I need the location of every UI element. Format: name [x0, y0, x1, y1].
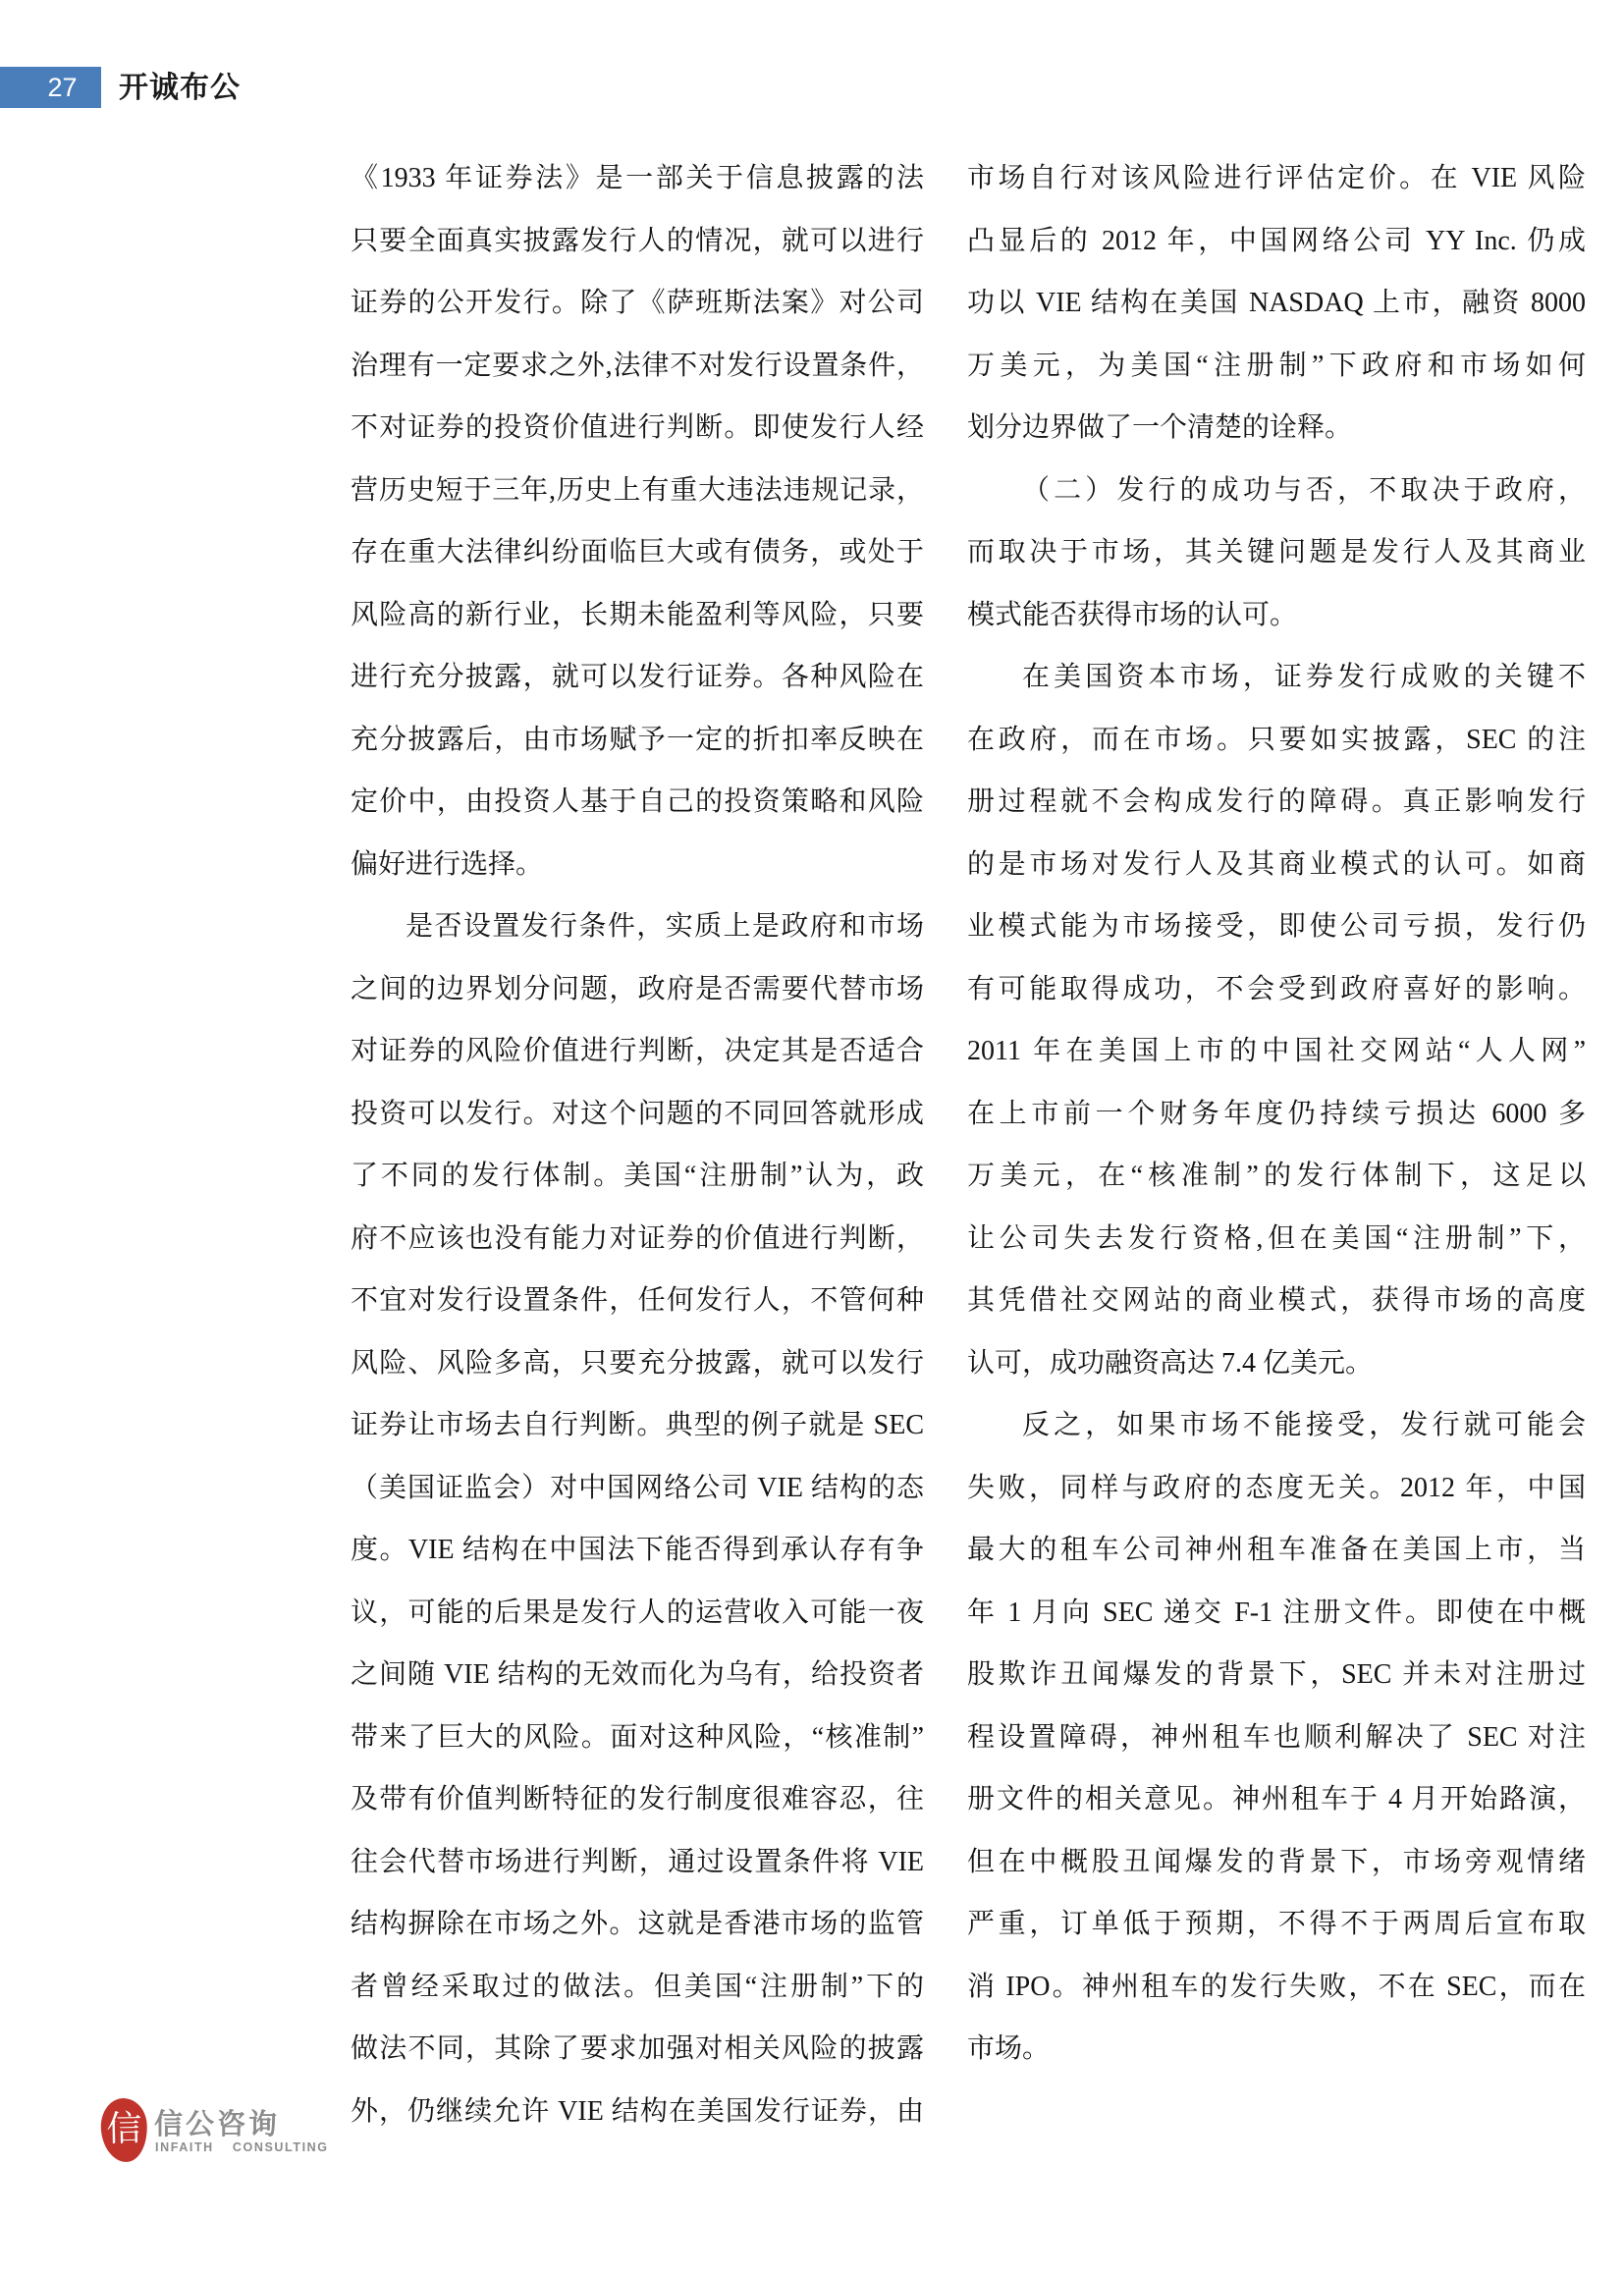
text-line: 年 1 月向 SEC 递交 F-1 注册文件。即使在中概 — [967, 1582, 1586, 1645]
text-line: 了不同的发行体制。美国“注册制”认为，政 — [351, 1145, 924, 1208]
text-line: 划分边界做了一个清楚的诠释。 — [967, 397, 1586, 460]
text-line: 结构摒除在市场之外。这就是香港市场的监管 — [351, 1893, 924, 1956]
text-line: 认可，成功融资高达 7.4 亿美元。 — [967, 1332, 1586, 1395]
text-line: 程设置障碍，神州租车也顺利解决了 SEC 对注 — [967, 1706, 1586, 1769]
text-line: 让公司失去发行资格,但在美国“注册制”下， — [967, 1208, 1586, 1271]
left-text-column: 《1933 年证券法》是一部关于信息披露的法律，只要全面真实披露发行人的情况，就… — [351, 147, 924, 2142]
text-line: 模式能否获得市场的认可。 — [967, 584, 1586, 647]
text-line: 册过程就不会构成发行的障碍。真正影响发行 — [967, 771, 1586, 834]
text-line: 府不应该也没有能力对证券的价值进行判断， — [351, 1208, 924, 1271]
text-line: 只要全面真实披露发行人的情况，就可以进行 — [351, 210, 924, 273]
text-line: 其凭借社交网站的商业模式，获得市场的高度 — [967, 1270, 1586, 1332]
text-line: 及带有价值判断特征的发行制度很难容忍，往 — [351, 1768, 924, 1831]
text-line: 的是市场对发行人及其商业模式的认可。如商 — [967, 834, 1586, 896]
text-line: 但在中概股丑闻爆发的背景下，市场旁观情绪 — [967, 1831, 1586, 1894]
text-line: 定价中，由投资人基于自己的投资策略和风险 — [351, 771, 924, 834]
text-line: （美国证监会）对中国网络公司 VIE 结构的态 — [351, 1457, 924, 1520]
text-line: 在上市前一个财务年度仍持续亏损达 6000 多 — [967, 1083, 1586, 1146]
infaith-seal-logo-icon: 信 — [99, 2096, 149, 2163]
page-number: 27 — [0, 67, 101, 108]
text-line: 失败，同样与政府的态度无关。2012 年，中国 — [967, 1457, 1586, 1520]
text-line: 市场自行对该风险进行评估定价。在 VIE 风险 — [967, 147, 1586, 210]
page-number-box: 27 — [0, 67, 101, 108]
text-line: 存在重大法律纠纷面临巨大或有债务，或处于 — [351, 521, 924, 584]
text-line: 外，仍继续允许 VIE 结构在美国发行证券，由 — [351, 2081, 924, 2143]
text-line: 2011 年在美国上市的中国社交网站“人人网” — [967, 1020, 1586, 1083]
text-line: 带来了巨大的风险。面对这种风险，“核准制” — [351, 1706, 924, 1769]
text-line: 凸显后的 2012 年，中国网络公司 YY Inc. 仍成 — [967, 210, 1586, 273]
text-line: 进行充分披露，就可以发行证券。各种风险在 — [351, 646, 924, 709]
text-line: 投资可以发行。对这个问题的不同回答就形成 — [351, 1083, 924, 1146]
text-line: 股欺诈丑闻爆发的背景下，SEC 并未对注册过 — [967, 1644, 1586, 1706]
right-text-column: 市场自行对该风险进行评估定价。在 VIE 风险凸显后的 2012 年，中国网络公… — [967, 147, 1586, 2081]
text-line: 功以 VIE 结构在美国 NASDAQ 上市，融资 8000 — [967, 272, 1586, 335]
text-line: 万美元，在“核准制”的发行体制下，这足以 — [967, 1145, 1586, 1208]
text-line: 万美元，为美国“注册制”下政府和市场如何 — [967, 335, 1586, 398]
text-line: 之间随 VIE 结构的无效而化为乌有，给投资者 — [351, 1644, 924, 1706]
text-line: （二）发行的成功与否，不取决于政府， — [967, 460, 1586, 522]
text-line: 风险、风险多高，只要充分披露，就可以发行 — [351, 1332, 924, 1395]
text-line: 证券让市场去自行判断。典型的例子就是 SEC — [351, 1394, 924, 1457]
text-line: 最大的租车公司神州租车准备在美国上市，当 — [967, 1519, 1586, 1582]
text-line: 之间的边界划分问题，政府是否需要代替市场 — [351, 958, 924, 1021]
text-line: 消 IPO。神州租车的发行失败，不在 SEC，而在 — [967, 1956, 1586, 2019]
text-line: 议，可能的后果是发行人的运营收入可能一夜 — [351, 1582, 924, 1645]
text-line: 而取决于市场，其关键问题是发行人及其商业 — [967, 521, 1586, 584]
text-line: 证券的公开发行。除了《萨班斯法案》对公司 — [351, 272, 924, 335]
text-line: 偏好进行选择。 — [351, 834, 924, 896]
text-line: 营历史短于三年,历史上有重大违法违规记录， — [351, 460, 924, 522]
section-title: 开诚布公 — [119, 67, 241, 108]
text-line: 册文件的相关意见。神州租车于 4 月开始路演， — [967, 1768, 1586, 1831]
document-page: 27 开诚布公 《1933 年证券法》是一部关于信息披露的法律，只要全面真实披露… — [0, 0, 1624, 2274]
seal-character: 信 — [100, 2098, 147, 2163]
text-line: 《1933 年证券法》是一部关于信息披露的法律， — [351, 147, 924, 210]
text-line: 在美国资本市场，证券发行成败的关键不 — [967, 646, 1586, 709]
text-line: 往会代替市场进行判断，通过设置条件将 VIE — [351, 1831, 924, 1894]
text-line: 在政府，而在市场。只要如实披露，SEC 的注 — [967, 709, 1586, 772]
text-line: 风险高的新行业，长期未能盈利等风险，只要 — [351, 584, 924, 647]
text-line: 者曾经采取过的做法。但美国“注册制”下的 — [351, 1956, 924, 2019]
text-line: 治理有一定要求之外,法律不对发行设置条件， — [351, 335, 924, 398]
text-line: 业模式能为市场接受，即使公司亏损，发行仍 — [967, 895, 1586, 958]
text-line: 不对证券的投资价值进行判断。即使发行人经 — [351, 397, 924, 460]
text-line: 市场。 — [967, 2018, 1586, 2081]
text-line: 度。VIE 结构在中国法下能否得到承认存有争 — [351, 1519, 924, 1582]
text-line: 不宜对发行设置条件，任何发行人，不管何种 — [351, 1270, 924, 1332]
text-line: 有可能取得成功，不会受到政府喜好的影响。 — [967, 958, 1586, 1021]
text-line: 做法不同，其除了要求加强对相关风险的披露 — [351, 2018, 924, 2081]
text-line: 充分披露后，由市场赋予一定的折扣率反映在 — [351, 709, 924, 772]
logo-company-name-zh: 信公咨询 — [154, 2109, 280, 2140]
logo-company-name-en: INFAITH CONSULTING — [155, 2140, 275, 2154]
text-line: 严重，订单低于预期，不得不于两周后宣布取 — [967, 1893, 1586, 1956]
text-line: 对证券的风险价值进行判断，决定其是否适合 — [351, 1020, 924, 1083]
text-line: 反之，如果市场不能接受，发行就可能会 — [967, 1394, 1586, 1457]
text-line: 是否设置发行条件，实质上是政府和市场 — [351, 895, 924, 958]
